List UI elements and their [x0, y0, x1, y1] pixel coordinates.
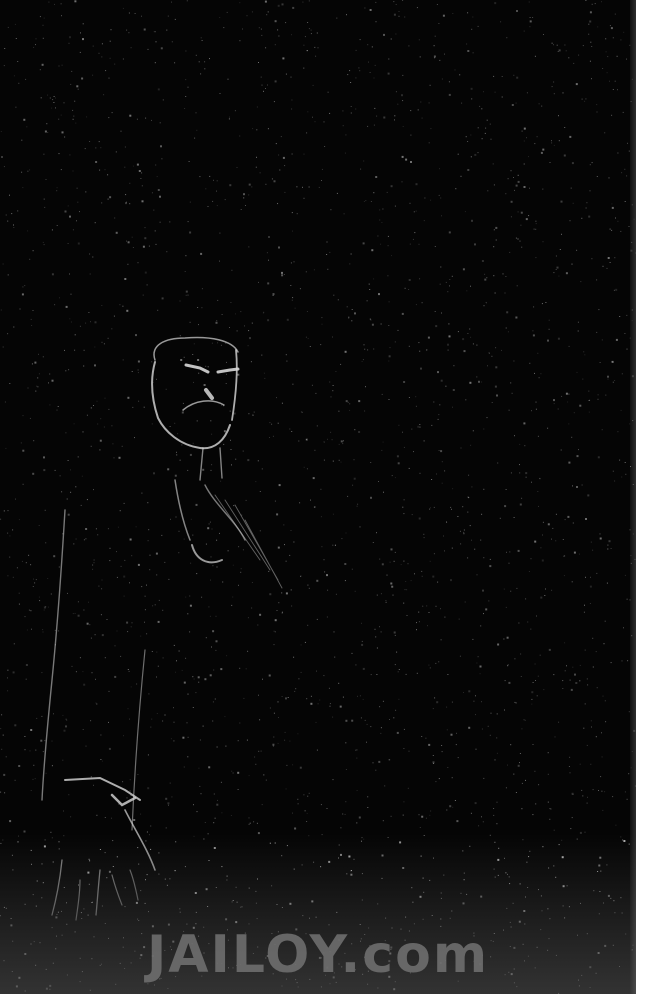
- manga-page: JAILOY.com: [0, 0, 636, 994]
- page-edge: [630, 0, 636, 994]
- watermark: JAILOY.com: [0, 925, 636, 985]
